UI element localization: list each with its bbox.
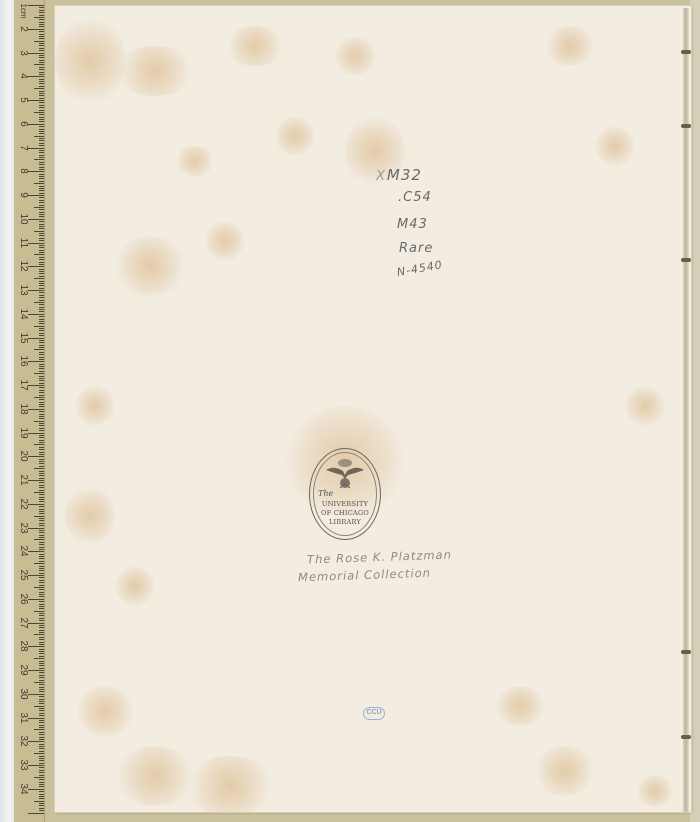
right-mat-edge — [690, 0, 700, 822]
foxing-stain — [205, 221, 245, 261]
ruler-number: 10 — [18, 211, 28, 227]
ruler-tick — [39, 342, 44, 343]
call-number-line-3: M43 — [397, 217, 428, 232]
ruler-tick — [39, 786, 44, 787]
ruler-tick — [39, 43, 44, 44]
ruler-tick — [39, 169, 44, 170]
ruler-tick — [39, 55, 44, 56]
ruler-tick — [34, 17, 44, 18]
foxing-stain — [225, 26, 285, 66]
ruler-tick — [39, 509, 44, 510]
ruler-tick — [39, 425, 44, 426]
ruler-tick — [39, 259, 44, 260]
ruler-tick — [39, 34, 44, 35]
ruler-tick — [39, 668, 44, 669]
ruler-tick — [39, 95, 44, 96]
ruler-tick — [39, 281, 44, 282]
ruler-number: 16 — [18, 353, 28, 369]
binding-stitch — [681, 650, 691, 654]
foxing-stain — [545, 26, 595, 66]
ruler-tick — [39, 105, 44, 106]
centimeter-ruler: 1cm 234567891011121314151617181920212223… — [14, 0, 45, 822]
ruler-tick — [39, 758, 44, 759]
ruler-tick — [39, 271, 44, 272]
foxing-stain — [115, 46, 195, 96]
ruler-tick — [39, 150, 44, 151]
ruler-tick — [34, 777, 44, 778]
ruler-tick — [39, 117, 44, 118]
ruler-number: 6 — [18, 116, 28, 132]
ruler-tick — [39, 561, 44, 562]
ruler-tick — [39, 461, 44, 462]
ruler-tick — [34, 444, 44, 445]
ruler-tick — [39, 50, 44, 51]
ruler-tick — [34, 682, 44, 683]
ruler-tick — [39, 447, 44, 448]
ruler-tick — [28, 361, 44, 362]
ruler-tick — [39, 637, 44, 638]
ruler-number: 23 — [18, 520, 28, 536]
ruler-tick — [39, 114, 44, 115]
ruler-tick — [39, 661, 44, 662]
ruler-tick — [39, 763, 44, 764]
ruler-tick — [39, 193, 44, 194]
ruler-tick — [39, 91, 44, 92]
ruler-tick — [39, 138, 44, 139]
ruler-tick — [39, 233, 44, 234]
ruler-tick — [39, 418, 44, 419]
ruler-number: 17 — [18, 377, 28, 393]
ruler-tick — [39, 625, 44, 626]
ruler-tick — [39, 209, 44, 210]
binding-edge — [683, 8, 689, 812]
ruler-tick — [39, 620, 44, 621]
ruler-tick — [39, 283, 44, 284]
foxing-stain — [185, 756, 275, 812]
ruler-tick — [34, 587, 44, 588]
ruler-tick — [39, 10, 44, 11]
ruler-tick — [34, 207, 44, 208]
ruler-tick — [39, 632, 44, 633]
ruler-tick — [28, 100, 44, 101]
foxing-stain — [65, 486, 115, 546]
ruler-tick — [39, 642, 44, 643]
ruler-tick — [39, 687, 44, 688]
ruler-number: 15 — [18, 330, 28, 346]
call-number-line-4: Rare — [399, 241, 433, 256]
ruler-tick — [39, 7, 44, 8]
ruler-tick — [39, 167, 44, 168]
ruler-tick — [39, 200, 44, 201]
ruler-tick — [39, 245, 44, 246]
binding-stitch — [681, 258, 691, 262]
ruler-tick — [39, 22, 44, 23]
ruler-tick — [28, 409, 44, 410]
ruler-tick — [39, 501, 44, 502]
ruler-tick — [39, 133, 44, 134]
ruler-tick — [34, 753, 44, 754]
ruler-tick — [39, 333, 44, 334]
ruler-tick — [34, 516, 44, 517]
ruler-tick — [39, 235, 44, 236]
ruler-tick — [39, 608, 44, 609]
ruler-tick — [39, 126, 44, 127]
ruler-tick — [34, 373, 44, 374]
ruler-tick — [39, 102, 44, 103]
ruler-tick — [39, 542, 44, 543]
ruler-tick — [39, 399, 44, 400]
ruler-number: 33 — [18, 757, 28, 773]
ruler-tick — [28, 433, 44, 434]
ruler-tick — [39, 701, 44, 702]
ruler-number: 8 — [18, 163, 28, 179]
ruler-tick — [28, 338, 44, 339]
ruler-tick — [39, 580, 44, 581]
ruler-tick — [39, 525, 44, 526]
ruler-tick — [39, 471, 44, 472]
ruler-tick — [39, 328, 44, 329]
ruler-tick — [39, 45, 44, 46]
ruler-tick — [39, 359, 44, 360]
ruler-number: 19 — [18, 425, 28, 441]
ruler-tick — [28, 243, 44, 244]
ruler-tick — [39, 594, 44, 595]
ruler-tick — [39, 347, 44, 348]
ruler-tick — [39, 273, 44, 274]
ruler-tick — [39, 582, 44, 583]
ruler-tick — [39, 297, 44, 298]
ruler-tick — [39, 226, 44, 227]
ruler-tick — [39, 696, 44, 697]
ruler-tick — [28, 504, 44, 505]
ruler-tick — [39, 188, 44, 189]
ruler-tick — [39, 129, 44, 130]
foxing-stain — [535, 746, 595, 796]
ruler-tick — [39, 544, 44, 545]
ruler-tick — [39, 772, 44, 773]
ruler-tick — [39, 585, 44, 586]
ruler-tick — [28, 575, 44, 576]
ruler-tick — [39, 214, 44, 215]
ruler-tick — [39, 321, 44, 322]
ruler-tick — [39, 482, 44, 483]
ruler-tick — [39, 38, 44, 39]
ruler-tick — [39, 478, 44, 479]
ruler-tick — [28, 813, 44, 814]
ruler-tick — [39, 537, 44, 538]
ruler-tick — [39, 228, 44, 229]
ruler-number: 5 — [18, 92, 28, 108]
ruler-tick — [39, 12, 44, 13]
ruler-tick — [39, 756, 44, 757]
ruler-tick — [34, 492, 44, 493]
ruler-tick — [39, 240, 44, 241]
ruler-tick — [39, 770, 44, 771]
foxing-stain — [75, 386, 115, 426]
ruler-tick — [39, 197, 44, 198]
ruler-tick — [34, 563, 44, 564]
ruler-tick — [39, 535, 44, 536]
ruler-tick — [39, 651, 44, 652]
ruler-tick — [39, 352, 44, 353]
ruler-tick — [39, 107, 44, 108]
ruler-tick — [34, 41, 44, 42]
ruler-number: 25 — [18, 567, 28, 583]
ruler-tick — [39, 440, 44, 441]
ruler-tick — [28, 314, 44, 315]
ruler-number: 14 — [18, 306, 28, 322]
ruler-tick — [39, 689, 44, 690]
ruler-unit-label: 1cm — [18, 3, 28, 19]
ruler-tick — [39, 269, 44, 270]
ruler-tick — [39, 57, 44, 58]
ruler-tick — [34, 302, 44, 303]
ruler-tick — [39, 596, 44, 597]
ruler-tick — [39, 703, 44, 704]
ruler-tick — [28, 76, 44, 77]
ruler-tick — [39, 530, 44, 531]
ruler-tick — [34, 136, 44, 137]
binding-stitch — [681, 124, 691, 128]
ruler-number: 2 — [18, 21, 28, 37]
ruler-tick — [39, 24, 44, 25]
ruler-tick — [39, 395, 44, 396]
ruler-tick — [34, 254, 44, 255]
ruler-tick — [39, 262, 44, 263]
ruler-tick — [39, 48, 44, 49]
ruler-tick — [39, 181, 44, 182]
ruler-tick — [39, 589, 44, 590]
foxing-stain — [625, 386, 665, 426]
ruler-tick — [28, 385, 44, 386]
ruler-tick — [39, 79, 44, 80]
ruler-tick — [39, 86, 44, 87]
ruler-tick — [39, 556, 44, 557]
ruler-tick — [39, 371, 44, 372]
ruler-tick — [39, 663, 44, 664]
ruler-tick — [28, 195, 44, 196]
phoenix-crest-icon — [324, 457, 366, 491]
ruler-tick — [28, 53, 44, 54]
ruler-tick — [39, 190, 44, 191]
foxing-stain — [75, 686, 135, 736]
foxing-stain — [635, 776, 675, 806]
ruler-tick — [39, 212, 44, 213]
ruler-tick — [39, 805, 44, 806]
ruler-tick — [39, 511, 44, 512]
ruler-tick — [39, 710, 44, 711]
ruler-tick — [39, 216, 44, 217]
ruler-tick — [39, 81, 44, 82]
ruler-tick — [39, 335, 44, 336]
call-number-line-1: XM32 — [376, 166, 422, 184]
ruler-tick — [39, 485, 44, 486]
ruler-tick — [39, 309, 44, 310]
ruler-tick — [28, 741, 44, 742]
ruler-tick — [34, 801, 44, 802]
ruler-tick — [39, 549, 44, 550]
ruler-tick — [39, 497, 44, 498]
ruler-tick — [28, 694, 44, 695]
ruler-tick — [39, 380, 44, 381]
ruler-tick — [28, 646, 44, 647]
ruler-tick — [34, 468, 44, 469]
ruler-tick — [39, 368, 44, 369]
ruler-tick — [39, 162, 44, 163]
ruler-tick — [39, 779, 44, 780]
ruler-tick — [39, 554, 44, 555]
ruler-tick — [39, 60, 44, 61]
ruler-tick — [34, 183, 44, 184]
ruler-tick — [39, 466, 44, 467]
ruler-tick — [39, 143, 44, 144]
ruler-tick — [28, 148, 44, 149]
ruler-tick — [34, 231, 44, 232]
ruler-tick — [39, 357, 44, 358]
ruler-tick — [34, 326, 44, 327]
ruler-number: 30 — [18, 686, 28, 702]
ruler-tick — [28, 171, 44, 172]
ruler-number: 22 — [18, 496, 28, 512]
call-number-text: M32 — [387, 166, 422, 184]
ruler-tick — [39, 252, 44, 253]
stamp-line-library: LIBRARY — [310, 518, 380, 526]
ruler-tick — [39, 164, 44, 165]
ruler-tick — [39, 19, 44, 20]
ruler-tick — [39, 319, 44, 320]
binding-stitch — [681, 50, 691, 54]
ruler-tick — [39, 36, 44, 37]
ruler-tick — [39, 649, 44, 650]
ruler-tick — [34, 539, 44, 540]
ruler-tick — [39, 454, 44, 455]
university-library-stamp: The UNIVERSITY OF CHICAGO LIBRARY — [309, 448, 381, 540]
ruler-tick — [39, 323, 44, 324]
ruler-tick — [34, 278, 44, 279]
ruler-tick — [39, 411, 44, 412]
ruler-tick — [39, 131, 44, 132]
ruler-tick — [39, 174, 44, 175]
ruler-tick — [39, 402, 44, 403]
ruler-tick — [39, 428, 44, 429]
foxing-stain — [175, 146, 215, 176]
foxing-stain — [115, 566, 155, 606]
ruler-tick — [39, 155, 44, 156]
ruler-tick — [39, 592, 44, 593]
ruler-tick — [28, 551, 44, 552]
ruler-number: 28 — [18, 638, 28, 654]
stamp-the-text: The — [318, 489, 333, 498]
ruler-tick — [39, 449, 44, 450]
ruler-tick — [28, 219, 44, 220]
ruler-tick — [39, 383, 44, 384]
ruler-tick — [39, 604, 44, 605]
ruler-tick — [39, 67, 44, 68]
ruler-tick — [39, 264, 44, 265]
binding-stitch — [681, 735, 691, 739]
ruler-tick — [39, 152, 44, 153]
ruler-tick — [39, 463, 44, 464]
ruler-tick — [39, 713, 44, 714]
ruler-tick — [39, 791, 44, 792]
ruler-tick — [28, 266, 44, 267]
ruler-tick — [39, 803, 44, 804]
ruler-tick — [34, 397, 44, 398]
ruler-tick — [39, 746, 44, 747]
ruler-number: 18 — [18, 401, 28, 417]
ruler-tick — [28, 623, 44, 624]
ruler-tick — [39, 798, 44, 799]
ruler-tick — [28, 5, 44, 6]
ruler-tick — [39, 435, 44, 436]
ruler-tick — [28, 124, 44, 125]
ruler-tick — [39, 775, 44, 776]
ruler-tick — [39, 376, 44, 377]
ruler-tick — [39, 459, 44, 460]
ruler-tick — [39, 437, 44, 438]
ruler-tick — [39, 725, 44, 726]
ruler-tick — [39, 83, 44, 84]
ruler-tick — [39, 69, 44, 70]
ruler-tick — [39, 295, 44, 296]
ruler-tick — [39, 573, 44, 574]
ruler-tick — [39, 110, 44, 111]
ruler-tick — [39, 93, 44, 94]
ruler-tick — [39, 257, 44, 258]
ruler-tick — [39, 639, 44, 640]
ruler-tick — [39, 202, 44, 203]
ruler-tick — [39, 487, 44, 488]
ruler-tick — [39, 744, 44, 745]
ruler-number: 24 — [18, 543, 28, 559]
ruler-tick — [34, 611, 44, 612]
ruler-tick — [39, 547, 44, 548]
ruler-number: 34 — [18, 781, 28, 797]
ruler-tick — [39, 250, 44, 251]
ruler-tick — [39, 288, 44, 289]
ruler-tick — [39, 292, 44, 293]
ruler-tick — [39, 558, 44, 559]
ruler-tick — [39, 304, 44, 305]
ccu-stamp: CCU — [363, 707, 385, 720]
foxing-stain — [275, 116, 315, 156]
ruler-number: 4 — [18, 68, 28, 84]
ruler-tick — [39, 627, 44, 628]
ruler-tick — [39, 675, 44, 676]
ruler-number: 13 — [18, 282, 28, 298]
ruler-tick — [39, 566, 44, 567]
ruler-tick — [39, 157, 44, 158]
ruler-tick — [39, 442, 44, 443]
ruler-tick — [39, 378, 44, 379]
ruler-tick — [39, 224, 44, 225]
ruler-tick — [39, 300, 44, 301]
ruler-tick — [34, 706, 44, 707]
stamp-line-university: UNIVERSITY — [310, 500, 380, 508]
ruler-tick — [39, 677, 44, 678]
ruler-tick — [39, 767, 44, 768]
ruler-tick — [39, 430, 44, 431]
ruler-tick — [39, 62, 44, 63]
ruler-tick — [39, 708, 44, 709]
ruler-tick — [28, 789, 44, 790]
ruler-tick — [39, 523, 44, 524]
ruler-number: 32 — [18, 733, 28, 749]
ruler-tick — [39, 739, 44, 740]
ruler-tick — [34, 421, 44, 422]
ruler-tick — [39, 247, 44, 248]
ruler-tick — [39, 311, 44, 312]
